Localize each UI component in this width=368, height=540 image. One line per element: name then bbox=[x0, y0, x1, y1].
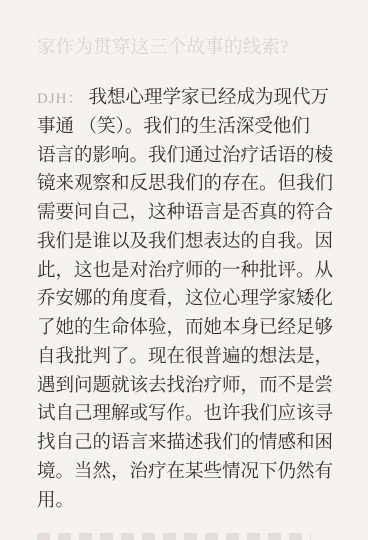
article-page: 家作为贯穿这三个故事的线索? DJH：我想心理学家已经成为现代万 事通 （笑）。… bbox=[0, 0, 368, 540]
answer-line: 境。当然，治疗在某些情况下仍然有 bbox=[37, 458, 337, 487]
answer-line: 找自己的语言来描述我们的情感和困 bbox=[37, 429, 337, 458]
answer-line: 我们是谁以及我们想表达的自我。因 bbox=[37, 228, 337, 257]
answer-line: 事通 （笑）。我们的生活深受他们 bbox=[37, 113, 337, 142]
faded-question-line: 家作为贯穿这三个故事的线索? bbox=[37, 34, 337, 63]
answer-line: 了她的生命体验，而她本身已经足够 bbox=[37, 314, 337, 343]
answer-line: 自我批判了。现在很普遍的想法是， bbox=[37, 343, 337, 372]
answer-line: 此，这也是对治疗师的一种批评。从 bbox=[37, 257, 337, 286]
answer-line: DJH：我想心理学家已经成为现代万 bbox=[37, 84, 337, 113]
answer-line: 需要问自己，这种语言是否真的符合 bbox=[37, 199, 337, 228]
speaker-label: DJH： bbox=[37, 91, 84, 107]
clipped-next-line bbox=[37, 533, 311, 540]
answer-line: 用。 bbox=[37, 487, 337, 516]
answer-line: 镜来观察和反思我们的存在。但我们 bbox=[37, 170, 337, 199]
answer-line: 试自己理解或写作。也许我们应该寻 bbox=[37, 400, 337, 429]
answer-line: 遇到问题就该去找治疗师，而不是尝 bbox=[37, 372, 337, 401]
interview-answer: DJH：我想心理学家已经成为现代万 事通 （笑）。我们的生活深受他们 语言的影响… bbox=[37, 84, 337, 515]
answer-line: 语言的影响。我们通过治疗话语的棱 bbox=[37, 142, 337, 171]
answer-text: 我想心理学家已经成为现代万 bbox=[89, 88, 330, 108]
answer-line: 乔安娜的角度看，这位心理学家矮化 bbox=[37, 285, 337, 314]
